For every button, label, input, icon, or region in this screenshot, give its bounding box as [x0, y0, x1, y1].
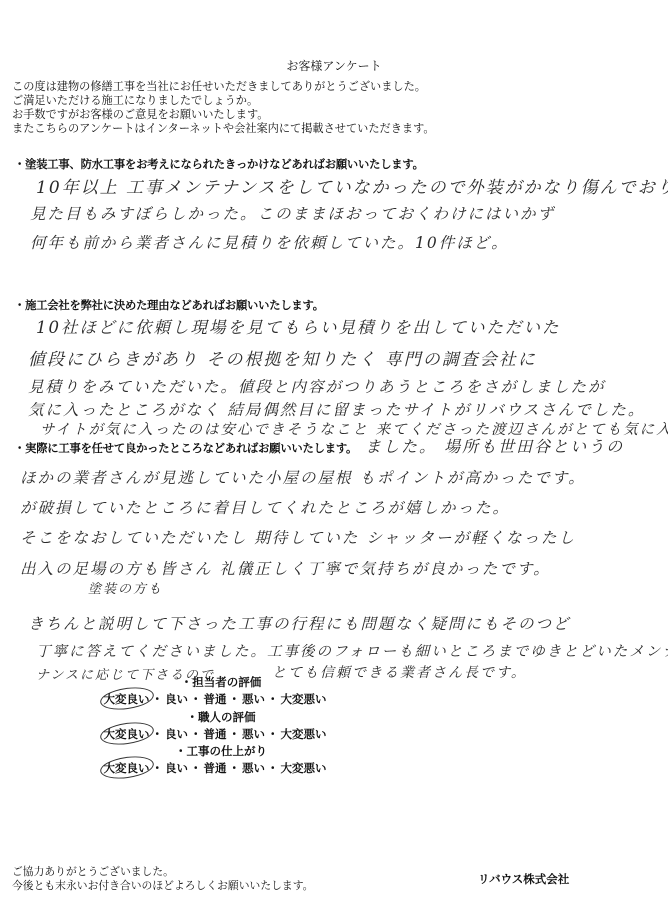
page-title: お客様アンケート	[0, 57, 668, 74]
intro-line-2: ご満足いただける施工になりましたでしょうか。	[12, 94, 258, 108]
rating-finish-option-bad[interactable]: 悪い	[241, 760, 266, 776]
question-2-answer-line-1: 10社ほどに依頼し現場を見てもらい見積りを出していただいた	[36, 314, 561, 338]
question-2-answer-line-4: 気に入ったところがなく 結局偶然目に留まったサイトがリバウスさんでした。	[28, 398, 645, 420]
rating-finish-option-average[interactable]: 普通	[203, 760, 228, 776]
question-1-answer-line-2: 見た目もみすぼらしかった。このままほおっておくわけにはいかず	[30, 202, 555, 224]
rating-staff-options: 大変良い・ 良い・ 普通・ 悪い・ 大変悪い	[0, 691, 430, 707]
question-3-answer-line-6: きちんと説明して下さった工事の行程にも問題なく疑問にもそのつど	[28, 612, 571, 634]
question-3-answer-line-1: ほかの業者さんが見逃していた小屋の屋根 もポイントが高かったです。	[20, 466, 586, 488]
rating-craftsman-options: 大変良い・ 良い・ 普通・ 悪い・ 大変悪い	[0, 726, 430, 742]
question-3-answer-line-4: 出入の足場の方も皆さん 礼儀正しく丁寧で気持ちが良かったです。	[20, 557, 551, 579]
rating-craftsman-label: ・職人の評価	[6, 709, 436, 725]
question-3-answer-line-5: 塗装の方も	[88, 578, 163, 597]
rating-craftsman-option-average[interactable]: 普通	[203, 726, 228, 742]
question-1-answer-line-1: 10年以上 工事メンテナンスをしていなかったので外装がかなり傷んでおり	[36, 173, 668, 198]
rating-finish-label: ・工事の仕上がり	[6, 743, 436, 759]
question-3-answer-line-7: 丁寧に答えてくださいました。工事後のフォローも細いところまでゆきとどいたメンテ	[36, 640, 668, 661]
rating-finish-option-good[interactable]: 良い	[164, 760, 189, 776]
rating-craftsman-option-bad[interactable]: 悪い	[241, 726, 266, 742]
rating-craftsman-option-very-bad[interactable]: 大変悪い	[280, 726, 328, 742]
rating-finish-option-very-good[interactable]: 大変良い	[103, 760, 151, 776]
question-3-answer-line-2: が破損していたところに着目してくれたところが嬉しかった。	[20, 496, 510, 518]
footer-closing: 今後とも末永いお付き合いのほどよろしくお願いいたします。	[12, 879, 313, 892]
rating-staff-option-good[interactable]: 良い	[164, 691, 189, 707]
question-2-answer-continuation: ました。 場所も世田谷というの	[365, 434, 624, 457]
rating-staff-option-very-good[interactable]: 大変良い	[103, 691, 151, 707]
intro-line-4: またこちらのアンケートはインターネットや会社案内にて掲載させていただきます。	[12, 122, 435, 136]
intro-line-3: お手数ですがお客様のご意見をお願いいたします。	[12, 108, 268, 122]
rating-finish-options: 大変良い・ 良い・ 普通・ 悪い・ 大変悪い	[0, 760, 430, 776]
rating-staff-option-very-bad[interactable]: 大変悪い	[280, 691, 328, 707]
intro-line-1: この度は建物の修繕工事を当社にお任せいただきましてありがとうございました。	[12, 80, 426, 94]
question-3-answer-line-3: そこをなおしていただいたし 期待していた シャッターが軽くなったし	[20, 526, 576, 548]
question-3-label: ・実際に工事を任せて良かったところなどあればお願いいたします。	[14, 440, 357, 456]
rating-craftsman-option-good[interactable]: 良い	[164, 726, 189, 742]
rating-staff-option-average[interactable]: 普通	[203, 691, 228, 707]
question-1-label: ・塗装工事、防水工事をお考えになられたきっかけなどあればお願いいたします。	[14, 156, 424, 172]
rating-staff-label: ・担当者の評価	[6, 674, 436, 690]
question-2-label: ・施工会社を弊社に決めた理由などあればお願いいたします。	[14, 297, 324, 313]
question-2-answer-line-3: 見積りをみていただいた。値段と内容がつりあうところをさがしましたが	[28, 375, 606, 397]
footer-thanks: ご協力ありがとうございました。	[12, 865, 174, 878]
company-name: リバウス株式会社	[478, 871, 569, 887]
rating-staff-option-bad[interactable]: 悪い	[241, 691, 266, 707]
rating-craftsman-option-very-good[interactable]: 大変良い	[103, 726, 151, 742]
rating-finish-option-very-bad[interactable]: 大変悪い	[280, 760, 328, 776]
question-1-answer-line-3: 何年も前から業者さんに見積りを依頼していた。10件ほど。	[30, 231, 509, 253]
question-2-answer-line-2: 値段にひらきがあり その根拠を知りたく 専門の調査会社に	[28, 345, 537, 370]
